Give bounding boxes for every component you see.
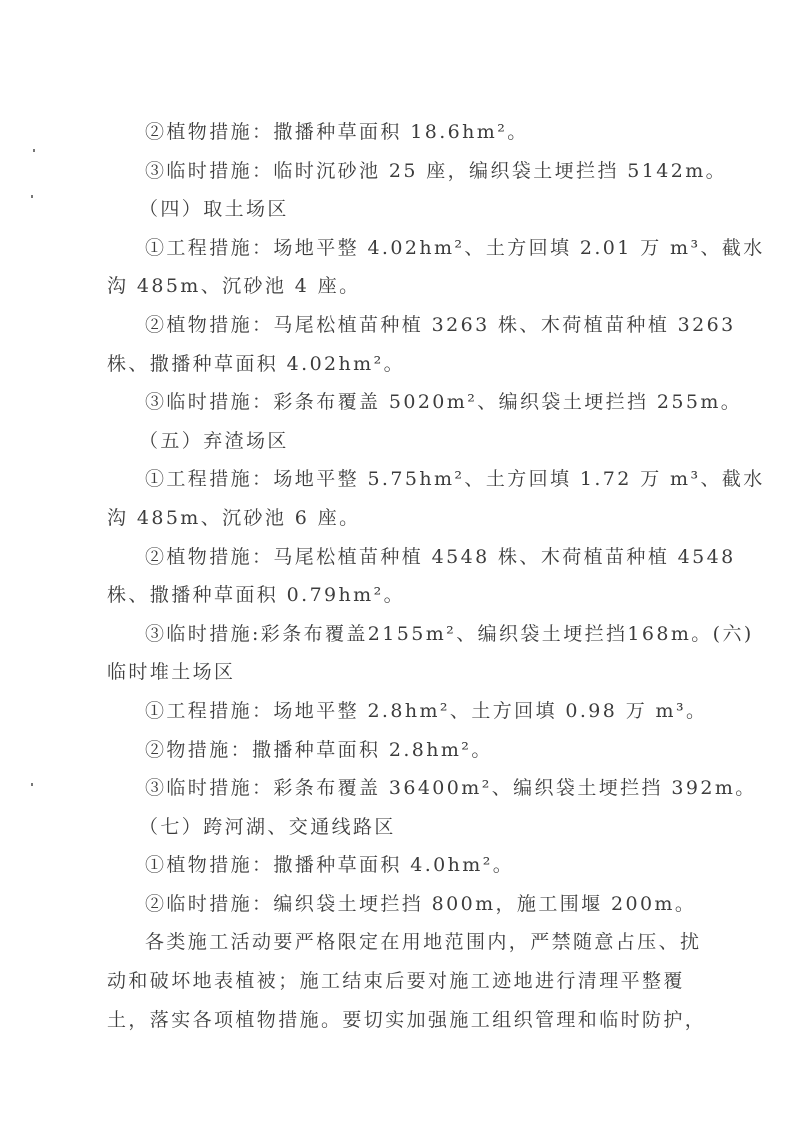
text-line: ③临时措施：彩条布覆盖 36400m²、编织袋土埂拦挡 392m。 bbox=[107, 769, 692, 808]
text-line: ②植物措施：马尾松植苗种植 4548 株、木荷植苗种植 4548 bbox=[107, 538, 692, 577]
text-line: 各类施工活动要严格限定在用地范围内，严禁随意占压、扰 bbox=[107, 923, 692, 962]
text-line: ①植物措施：撒播种草面积 4.0hm²。 bbox=[107, 846, 692, 885]
text-line: （四）取土场区 bbox=[107, 190, 692, 229]
scan-mark bbox=[31, 783, 33, 786]
text-line: 临时堆土场区 bbox=[107, 653, 692, 692]
text-line: 土，落实各项植物措施。要切实加强施工组织管理和临时防护， bbox=[107, 1001, 692, 1040]
text-line: ③临时措施：彩条布覆盖 5020m²、编织袋土埂拦挡 255m。 bbox=[107, 383, 692, 422]
text-line: （五）弃渣场区 bbox=[107, 422, 692, 461]
document-page: ②植物措施：撒播种草面积 18.6hm²。③临时措施：临时沉砂池 25 座，编织… bbox=[107, 113, 692, 1039]
text-line: ①工程措施：场地平整 5.75hm²、土方回填 1.72 万 m³、截水 bbox=[107, 460, 692, 499]
text-line: （七）跨河湖、交通线路区 bbox=[107, 808, 692, 847]
text-line: ①工程措施：场地平整 4.02hm²、土方回填 2.01 万 m³、截水 bbox=[107, 229, 692, 268]
text-line: ②植物措施：马尾松植苗种植 3263 株、木荷植苗种植 3263 bbox=[107, 306, 692, 345]
text-line: ②临时措施：编织袋土埂拦挡 800m，施工围堰 200m。 bbox=[107, 885, 692, 924]
text-line: 株、撒播种草面积 4.02hm²。 bbox=[107, 345, 692, 384]
scan-mark bbox=[31, 195, 33, 198]
text-line: 株、撒播种草面积 0.79hm²。 bbox=[107, 576, 692, 615]
text-line: ②植物措施：撒播种草面积 18.6hm²。 bbox=[107, 113, 692, 152]
text-line: 沟 485m、沉砂池 6 座。 bbox=[107, 499, 692, 538]
text-line: ③临时措施：临时沉砂池 25 座，编织袋土埂拦挡 5142m。 bbox=[107, 152, 692, 191]
text-line: ②物措施：撒播种草面积 2.8hm²。 bbox=[107, 731, 692, 770]
text-line: ①工程措施：场地平整 2.8hm²、土方回填 0.98 万 m³。 bbox=[107, 692, 692, 731]
text-line: ③临时措施:彩条布覆盖2155m²、编织袋土埂拦挡168m。(六) bbox=[107, 615, 692, 654]
scan-mark bbox=[33, 149, 35, 152]
text-line: 沟 485m、沉砂池 4 座。 bbox=[107, 267, 692, 306]
text-line: 动和破坏地表植被；施工结束后要对施工迹地进行清理平整覆 bbox=[107, 962, 692, 1001]
